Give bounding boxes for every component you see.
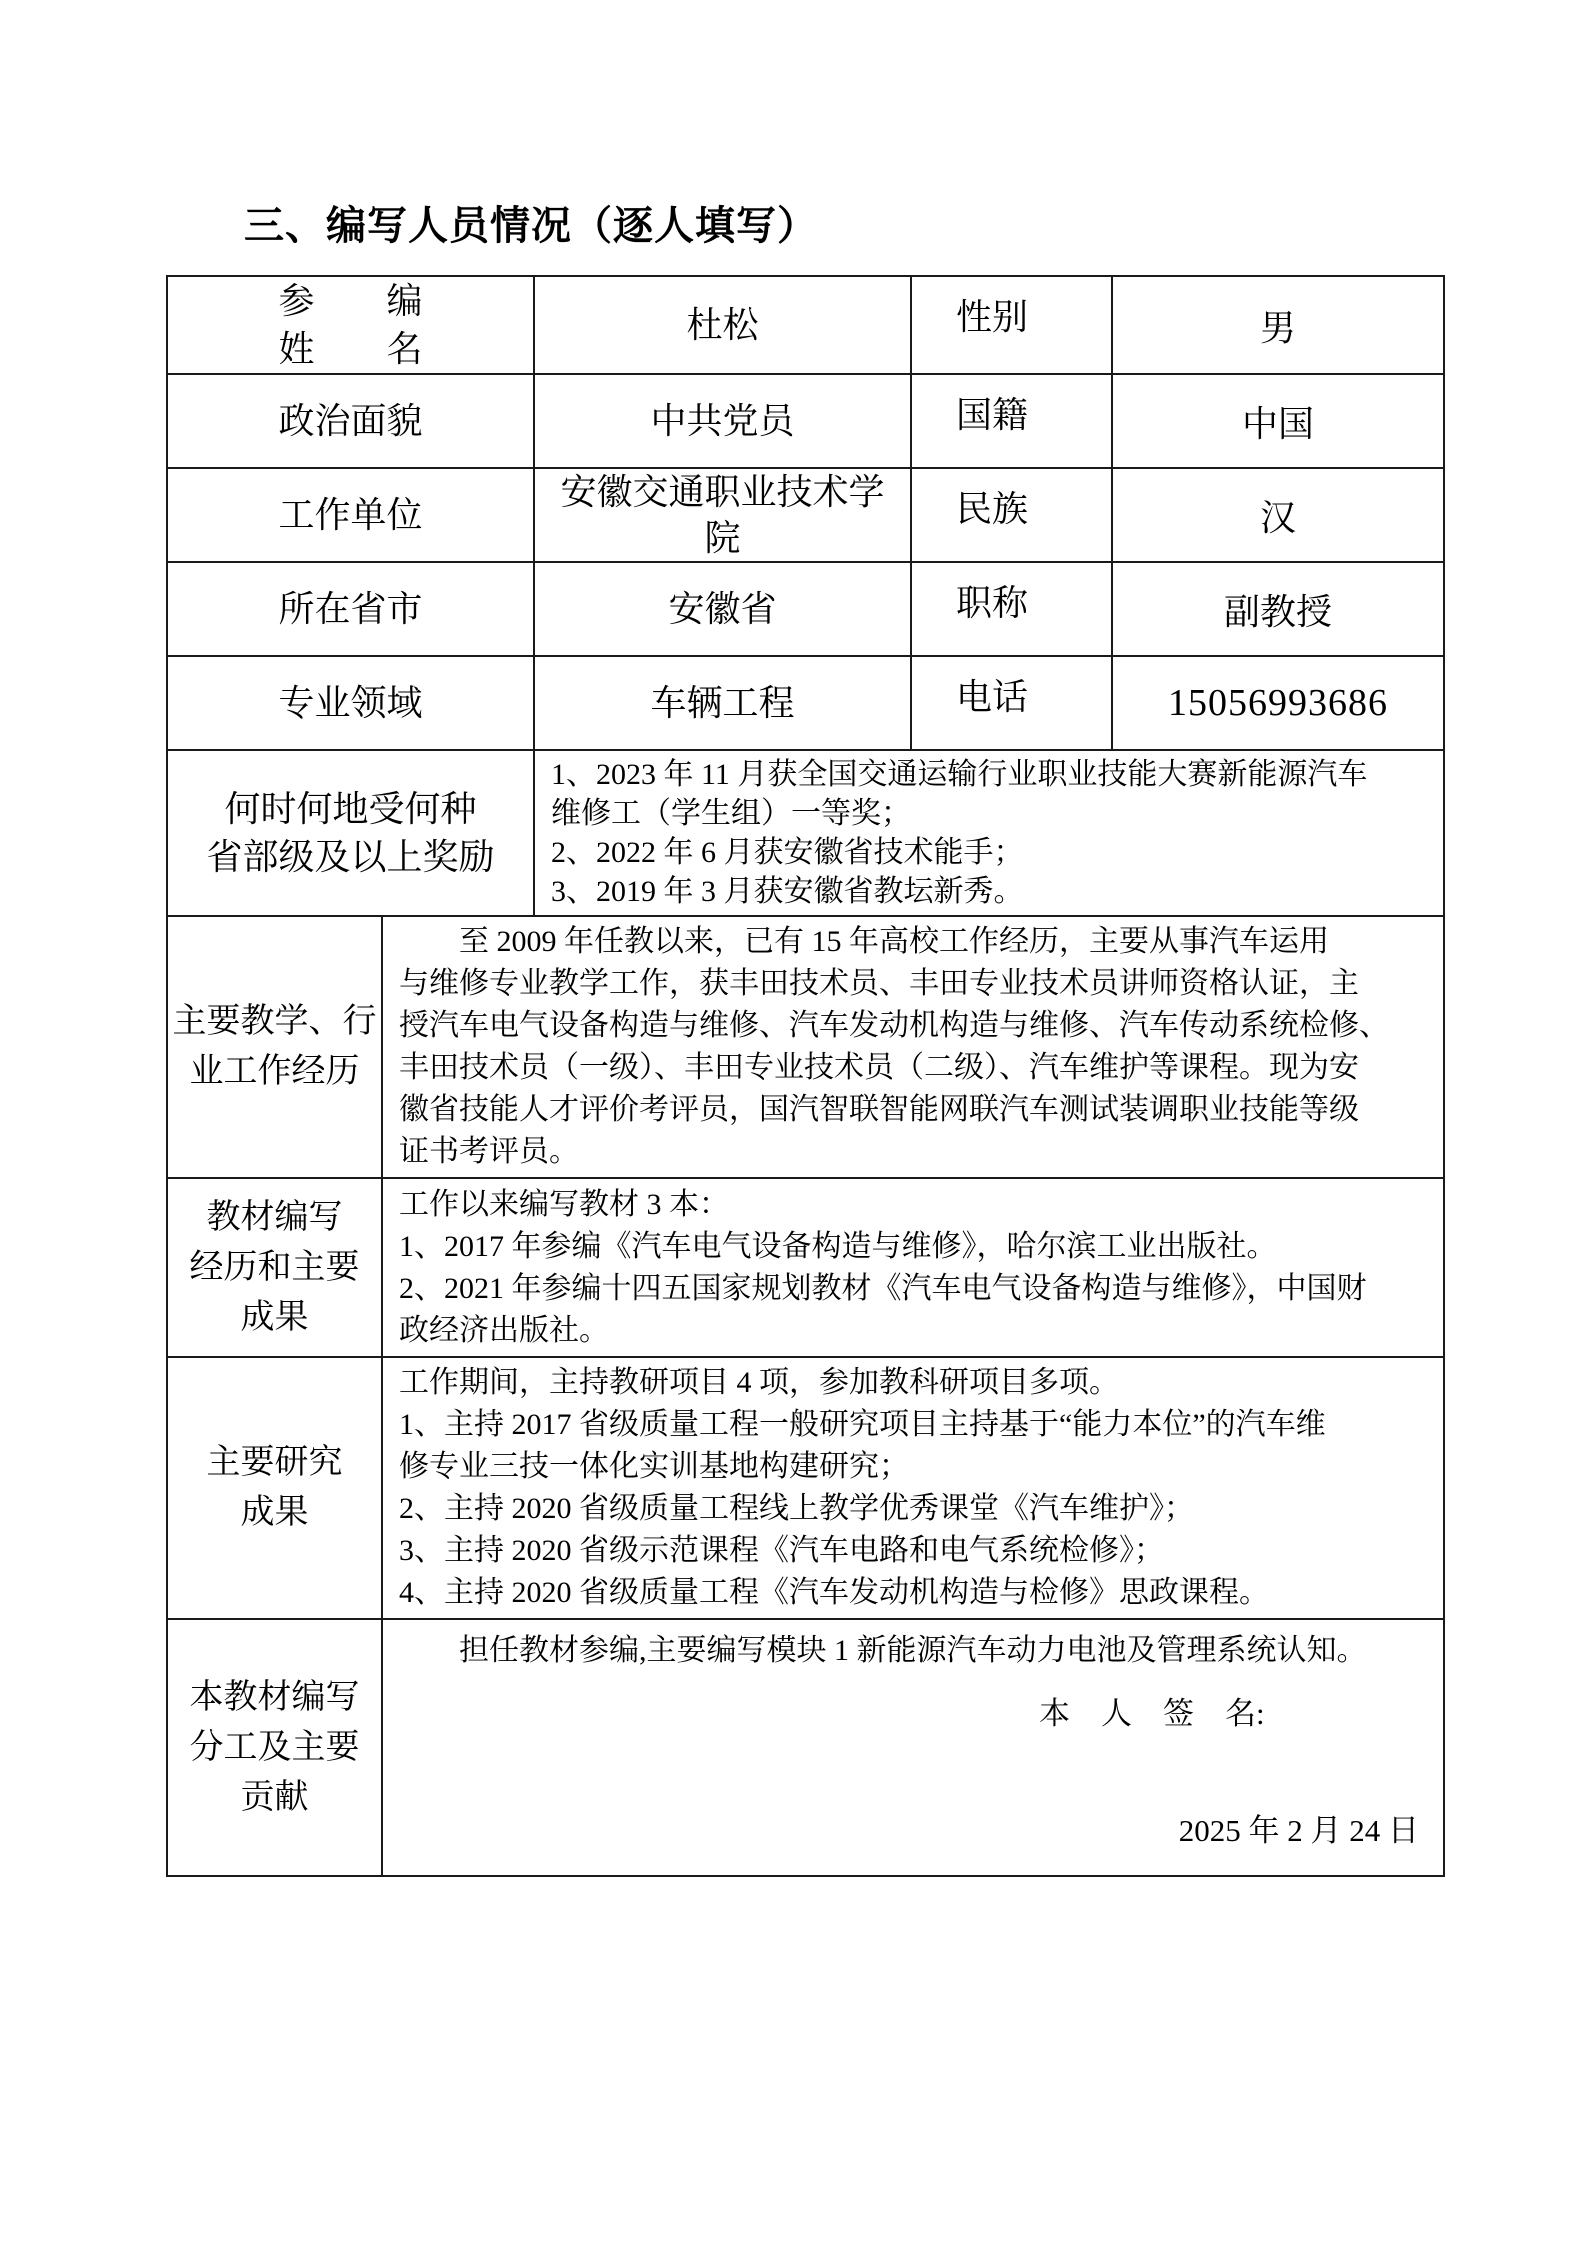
gender-value: 男 (1112, 276, 1444, 374)
title-label: 职称 (911, 562, 1112, 656)
work-unit-value: 安徽交通职业技术学 院 (534, 468, 911, 562)
political-status-label: 政治面貌 (167, 374, 534, 468)
document-page: 三、编写人员情况（逐人填写） 参 编 姓 名 杜松 性别 男 政治面貌 中共党员… (0, 0, 1587, 2245)
table-row: 何时何地受何种 省部级及以上奖励 1、2023 年 11 月获全国交通运输行业职… (167, 750, 1444, 916)
experience-content: 至 2009 年任教以来，已有 15 年高校工作经历，主要从事汽车运用 与维修专… (382, 916, 1444, 1178)
title-value: 副教授 (1112, 562, 1444, 656)
table-row: 参 编 姓 名 杜松 性别 男 (167, 276, 1444, 374)
awards-content: 1、2023 年 11 月获全国交通运输行业职业技能大赛新能源汽车 维修工（学生… (534, 750, 1444, 916)
table-row: 政治面貌 中共党员 国籍 中国 (167, 374, 1444, 468)
work-unit-label: 工作单位 (167, 468, 534, 562)
table-row: 所在省市 安徽省 职称 副教授 (167, 562, 1444, 656)
contribution-cell: 担任教材参编,主要编写模块 1 新能源汽车动力电池及管理系统认知。 本 人 签 … (382, 1619, 1444, 1876)
table-row: 主要教学、行 业工作经历 至 2009 年任教以来，已有 15 年高校工作经历，… (167, 916, 1444, 1178)
personnel-table: 参 编 姓 名 杜松 性别 男 政治面貌 中共党员 国籍 中国 工作单位 安徽交… (166, 275, 1445, 1877)
political-status-value: 中共党员 (534, 374, 911, 468)
textbook-label: 教材编写 经历和主要 成果 (167, 1178, 382, 1357)
table-row: 教材编写 经历和主要 成果 工作以来编写教材 3 本： 1、2017 年参编《汽… (167, 1178, 1444, 1357)
nationality-value: 中国 (1112, 374, 1444, 468)
table-row: 主要研究 成果 工作期间，主持教研项目 4 项，参加教科研项目多项。 1、主持 … (167, 1357, 1444, 1619)
ethnicity-label: 民族 (911, 468, 1112, 562)
gender-label: 性别 (911, 276, 1112, 374)
experience-label: 主要教学、行 业工作经历 (167, 916, 382, 1178)
research-label: 主要研究 成果 (167, 1357, 382, 1619)
table-row: 本教材编写 分工及主要 贡献 担任教材参编,主要编写模块 1 新能源汽车动力电池… (167, 1619, 1444, 1876)
page-title: 三、编写人员情况（逐人填写） (244, 203, 818, 249)
contribution-label: 本教材编写 分工及主要 贡献 (167, 1619, 382, 1876)
signature-label: 本 人 签 名: (399, 1693, 1429, 1735)
phone-label: 电话 (911, 656, 1112, 750)
field-value: 车辆工程 (534, 656, 911, 750)
province-label: 所在省市 (167, 562, 534, 656)
province-value: 安徽省 (534, 562, 911, 656)
contribution-content: 担任教材参编,主要编写模块 1 新能源汽车动力电池及管理系统认知。 (399, 1630, 1429, 1672)
field-label: 专业领域 (167, 656, 534, 750)
phone-value: 15056993686 (1112, 656, 1444, 750)
table-row: 专业领域 车辆工程 电话 15056993686 (167, 656, 1444, 750)
awards-label: 何时何地受何种 省部级及以上奖励 (167, 750, 534, 916)
name-value: 杜松 (534, 276, 911, 374)
nationality-label: 国籍 (911, 374, 1112, 468)
name-label: 参 编 姓 名 (167, 276, 534, 374)
research-content: 工作期间，主持教研项目 4 项，参加教科研项目多项。 1、主持 2017 省级质… (382, 1357, 1444, 1619)
table-row: 工作单位 安徽交通职业技术学 院 民族 汉 (167, 468, 1444, 562)
ethnicity-value: 汉 (1112, 468, 1444, 562)
textbook-content: 工作以来编写教材 3 本： 1、2017 年参编《汽车电气设备构造与维修》，哈尔… (382, 1178, 1444, 1357)
signature-date: 2025 年 2 月 24 日 (399, 1810, 1429, 1852)
